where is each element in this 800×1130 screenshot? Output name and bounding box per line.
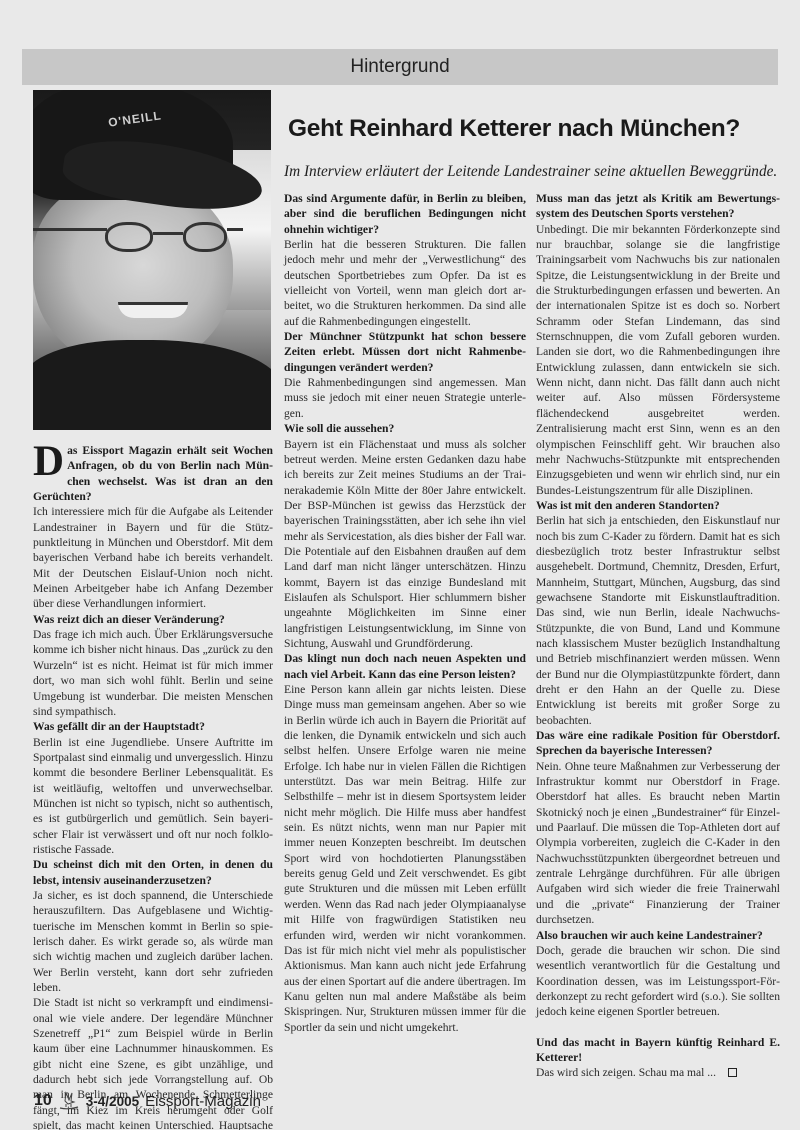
question-paragraph: Also brauchen wir auch keine Landestrain… [536, 928, 780, 943]
answer-paragraph: Doch, gerade die brauchen wir schon. Die… [536, 943, 780, 1020]
section-rubric-bar: Hintergrund [22, 49, 778, 85]
dropcap: D [33, 445, 64, 479]
end-of-article-icon [728, 1068, 737, 1077]
article-column-2: Das sind Argumente dafür, in Berlin zu b… [284, 191, 526, 1035]
closing-answer: Das wird sich zeigen. Schau ma mal ... [536, 1065, 780, 1080]
answer-paragraph: Berlin hat die besseren Strukturen. Die … [284, 237, 526, 329]
answer-paragraph: Berlin ist eine Jugendliebe. Unsere Auft… [33, 735, 273, 858]
photo-glasses [33, 222, 243, 252]
question-paragraph: Das sind Argumente dafür, in Berlin zu b… [284, 191, 526, 237]
answer-paragraph: Bayern ist ein Flächenstaat und muss als… [284, 437, 526, 652]
article-subheadline: Im Interview erläutert der Leitende Land… [284, 163, 774, 181]
answer-paragraph: Ich interessiere mich für die Aufgabe al… [33, 504, 273, 611]
question-paragraph: Das klingt nun doch nach neuen Aspekten … [284, 651, 526, 682]
question-paragraph: Du scheinst dich mit den Orten, in denen… [33, 857, 273, 888]
answer-paragraph: Ja sicher, es ist doch spannend, die Unt… [33, 888, 273, 995]
question-paragraph: Das wäre eine radikale Position für Ober… [536, 728, 780, 759]
question-paragraph: Wie soll die aussehen? [284, 421, 526, 436]
question-paragraph: Was gefällt dir an der Hauptstadt? [33, 719, 273, 734]
article-column-1: Das Eissport Magazin erhält seit Wochen … [33, 443, 273, 1130]
section-label: Hintergrund [350, 56, 449, 78]
question-paragraph: Was ist mit den anderen Standorten? [536, 498, 780, 513]
answer-paragraph: Unbedingt. Die mir bekannten Förderkonze… [536, 222, 780, 498]
lead-question: Das Eissport Magazin erhält seit Wochen … [33, 443, 273, 504]
answer-paragraph: Das frage ich mich auch. Über Erklärungs… [33, 627, 273, 719]
answer-paragraph: Berlin hat sich ja entschieden, den Eisk… [536, 513, 780, 728]
page-number: 10 [34, 1092, 52, 1110]
skater-logo-icon [58, 1091, 80, 1111]
article-column-3: Muss man das jetzt als Kritik am Bewertu… [536, 191, 780, 1081]
question-paragraph: Muss man das jetzt als Kritik am Bewertu… [536, 191, 780, 222]
page-footer: 10 3-4/2005 Eissport-Magazin [34, 1091, 261, 1111]
question-paragraph: Der Münchner Stützpunkt hat schon besser… [284, 329, 526, 375]
article-headline: Geht Reinhard Ketterer nach München? [288, 115, 768, 143]
question-paragraph: Was reizt dich an dieser Veränderung? [33, 612, 273, 627]
photo-smile [118, 302, 188, 318]
answer-paragraph: Nein. Ohne teure Maßnahmen zur Verbesser… [536, 759, 780, 928]
photo-jacket [33, 340, 271, 430]
answer-paragraph: Eine Person kann allein gar nichts leist… [284, 682, 526, 1035]
issue-number: 3-4/2005 [86, 1094, 139, 1109]
closing-question: Und das macht in Bayern künftig Reinhard… [536, 1035, 780, 1066]
interview-photo: O'NEILL [33, 90, 271, 430]
answer-paragraph: Die Rahmenbedingungen sind angemessen. M… [284, 375, 526, 421]
magazine-name: Eissport-Magazin [145, 1093, 261, 1110]
